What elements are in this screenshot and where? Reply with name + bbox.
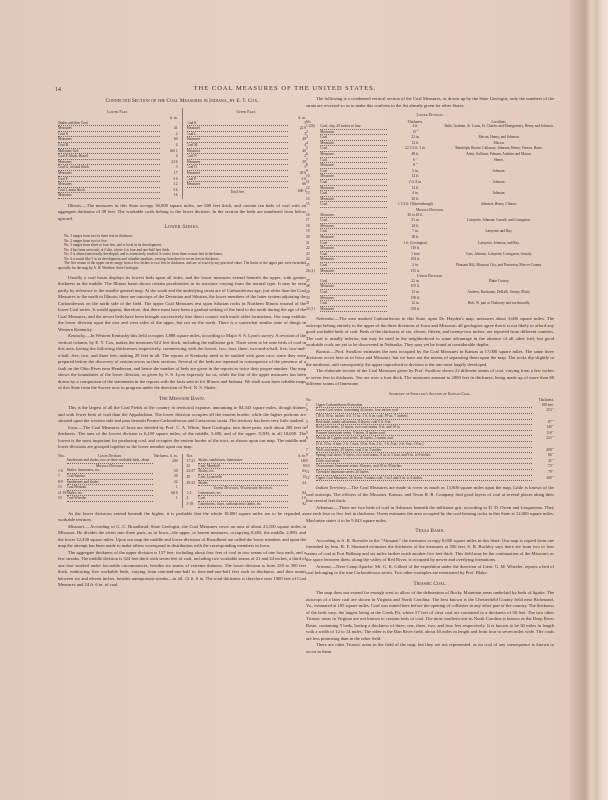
- kentucky-paragraph: Kentucky.—In Western Kentucky this field…: [58, 333, 306, 392]
- total-value: 600 1: [288, 187, 306, 194]
- table-row: 32 (1)Measures550 ft.: [306, 306, 554, 312]
- table-row: 12Upper Coal Measures, 26 layers, 9 seam…: [306, 475, 554, 481]
- arkansas-label: Arkansas.: [316, 505, 334, 510]
- stratum-number: 12: [306, 475, 316, 481]
- stratum-localities: Pleasant Hill, Missouri City, and Prince…: [444, 262, 554, 268]
- swallow-paragraph: The elaborate section of the Coal Measur…: [306, 368, 554, 388]
- illinois-paragraph: Illinois.—The measures in this State occ…: [58, 203, 306, 223]
- iowa-lower-middle: Nos. Lower Division. Thickness. ft. in. …: [58, 454, 178, 508]
- kansas-paragraph: Kansas.—Prof. Swallow estimates the area…: [306, 349, 554, 369]
- missouri-text: —According to G. C. Broadhead, State Geo…: [58, 524, 306, 549]
- lower-series-notes: No. 1 ranges from two to three feet in t…: [58, 234, 306, 271]
- texas-paragraph: According to A. R. Roessler in the "Alma…: [306, 538, 554, 564]
- stratum-number: 5-18: [187, 502, 199, 508]
- kansas-label: Kansas.: [316, 349, 331, 354]
- other-triassic-paragraph: There are other Triassic areas in the fi…: [306, 642, 554, 655]
- stratum-localities: Ralls, Audrain, St. Louis, St. Charles a…: [444, 124, 554, 129]
- book-page: 14 THE COAL MEASURES OF THE UNITED STATE…: [0, 0, 570, 800]
- stratum-thickness: 92: [288, 502, 306, 508]
- indian-territory-paragraph: Indian Territory.—The Coal Measures are …: [306, 485, 554, 505]
- indiana-lower-table: ft. in. Shales and thin CoalMeasures41Co…: [58, 116, 178, 199]
- iowa-right-table: Nos. ft. in. 17-21Shales, sandstones, li…: [187, 454, 307, 508]
- stratum-name: Limestones, clays, carbonaceous shales, …: [198, 502, 288, 508]
- stratum-thickness: 1: [153, 496, 177, 502]
- stratum-thickness: 550 ft.: [387, 306, 444, 312]
- lower-series-note: The five seams of the upper series range…: [58, 261, 306, 270]
- stratum-localities: Randolph, Boone, Callaway, Johnson, Henr…: [444, 146, 554, 152]
- table-row: 19Coal Wheeler1: [58, 496, 178, 502]
- missouri-section-table: No. Thickness. Localities. 1 (26)Coal, c…: [306, 120, 554, 313]
- stratum-thickness: 16: [160, 193, 178, 199]
- table-caption: Lower Part.: [58, 109, 178, 116]
- stratum-name: Measures: [320, 306, 386, 312]
- indian-territory-label: Indian Territory.: [316, 485, 347, 490]
- texas-basin-heading: Texas Basin.: [306, 528, 554, 535]
- triassic-heading: Triassic Coal.: [306, 581, 554, 588]
- iowa-left-table: Nos. Lower Division. Thickness. ft. in. …: [58, 454, 178, 502]
- triassic-paragraph: The map does not extend far enough west …: [306, 590, 554, 642]
- stratum-name: Measures: [58, 193, 160, 199]
- table-caption: Upper Part.: [187, 109, 307, 116]
- table-row: Measures16: [58, 193, 178, 199]
- indiana-upper-part: Upper Part. ft. in. Coal K3Measures22 6C…: [182, 108, 307, 199]
- stratum-number: 11-18: [58, 490, 67, 496]
- nebraska-paragraph: Nebraska.—The area marked Carboniferous …: [306, 316, 554, 349]
- iowa-paragraph: Iowa.—The Coal Measures of Iowa are divi…: [58, 425, 306, 451]
- running-head: THE COAL MEASURES OF THE UNITED STATES.: [0, 85, 570, 92]
- iowa-text: —The Coal Measures of Iowa are divided b…: [58, 425, 306, 450]
- kentucky-label: Kentucky.: [68, 333, 86, 338]
- ms-lower-caption: Lower Division.: [306, 112, 554, 119]
- missouri-label: Missouri.: [68, 524, 86, 529]
- iowa-upper: Nos. ft. in. 17-21Shales, sandstones, li…: [182, 454, 307, 508]
- stratum-localities: [444, 306, 554, 312]
- aggregate-paragraph: The aggregate thickness of the upper div…: [58, 550, 306, 589]
- arizona-paragraph: Arizona.—Near Camp Apache, Mr. G. K. Gil…: [306, 564, 554, 577]
- swallow-summary-table: No. Thickness. 1Upper Carboniferous Form…: [306, 398, 554, 481]
- nebraska-label: Nebraska.: [316, 316, 335, 321]
- indiana-upper-table: ft. in. Coal K3Measures22 6Coal L3Measur…: [187, 116, 307, 194]
- iowa-tables: Nos. Lower Division. Thickness. ft. in. …: [58, 454, 306, 508]
- arkansas-paragraph: Arkansas.—There are two beds of coal in …: [306, 505, 554, 525]
- summary-caption: Summary of Swallow's Section of Kansas C…: [306, 391, 554, 398]
- stratum-name: Sandstones and shales, two or three work…: [67, 458, 154, 463]
- total-row: Total feet 600 1: [187, 187, 307, 194]
- book-binding-edge: [570, 0, 608, 800]
- indiana-section-title: Connected Section of the Coal Measures i…: [58, 98, 306, 105]
- stratum-number: 19: [58, 496, 67, 502]
- stratum-name: Upper Coal Measures, 26 layers, 9 seams …: [316, 475, 532, 481]
- stratum-name: Coal Wheeler: [67, 496, 154, 502]
- arizona-label: Arizona.: [316, 564, 332, 569]
- basin-paragraph: Usually a coal basin displays its lowest…: [58, 275, 306, 334]
- lower-divisions-paragraph: As the lower divisions extend beneath th…: [58, 511, 306, 524]
- intro-paragraph: The following is a condensed vertical se…: [306, 96, 554, 109]
- kentucky-text: —In Western Kentucky this field occupies…: [58, 333, 306, 390]
- iowa-label: Iowa.: [68, 425, 78, 430]
- missouri-paragraph: Missouri.—According to G. C. Broadhead, …: [58, 524, 306, 550]
- missouri-basin-paragraph: This is the largest of all the Coal Fiel…: [58, 405, 306, 425]
- total-label: Total feet: [187, 187, 289, 194]
- col-header: Thickness. ft. in.: [153, 454, 177, 459]
- stratum-number: 32 (1): [306, 306, 320, 312]
- lower-series-heading: Lower Series.: [58, 225, 306, 232]
- indiana-section-tables: Lower Part. ft. in. Shales and thin Coal…: [58, 108, 306, 199]
- arizona-text: —Near Camp Apache, Mr. G. K. Gilbert of …: [306, 564, 554, 576]
- stratum-thickness: 208 ": [532, 475, 554, 481]
- indiana-lower-part: Lower Part. ft. in. Shales and thin Coal…: [58, 108, 178, 199]
- nebraska-text: —The area marked Carboniferous in this S…: [306, 316, 554, 347]
- table-row: 5-18Limestones, clays, carbonaceous shal…: [187, 502, 307, 508]
- arkansas-text: —There are two beds of coal in Arkansas …: [306, 505, 554, 523]
- right-column: The following is a condensed vertical se…: [306, 96, 554, 655]
- kansas-text: —Prof. Swallow estimates the area occupi…: [306, 349, 554, 367]
- missouri-basin-heading: The Missouri Basin.: [58, 396, 306, 403]
- left-column: Connected Section of the Coal Measures i…: [58, 96, 306, 589]
